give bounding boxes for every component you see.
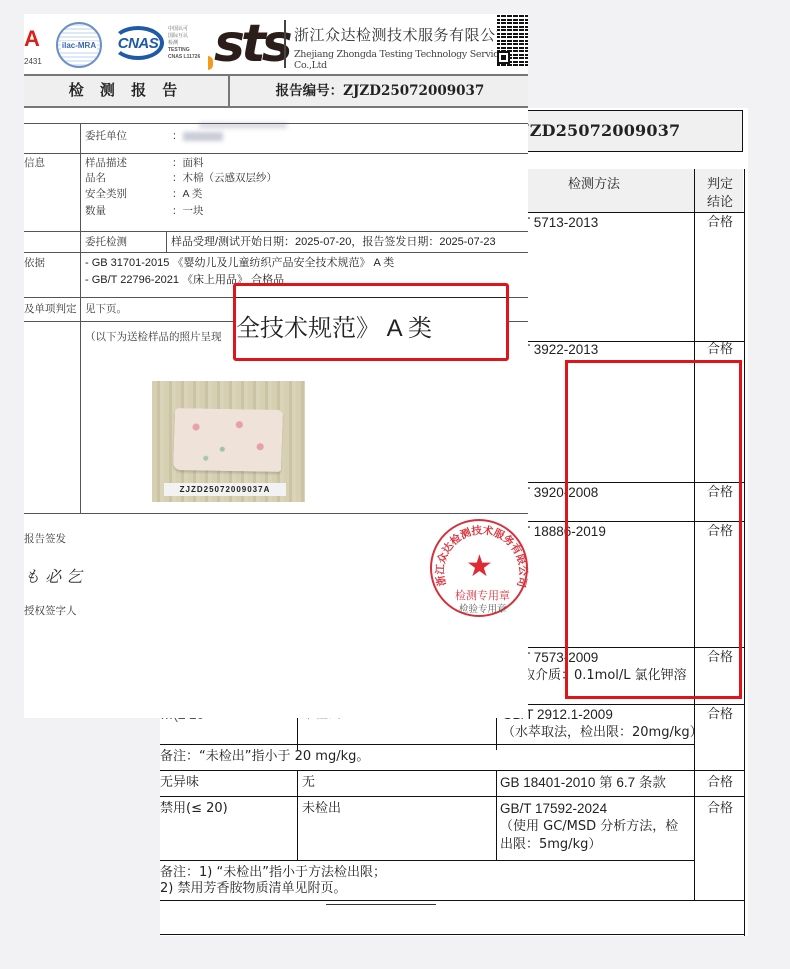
row-line bbox=[160, 900, 745, 901]
method-cell: GB 18401-2010 第 6.7 条款 bbox=[500, 774, 666, 792]
verdict-cell: 合格 bbox=[707, 774, 733, 792]
client-value: ： bbox=[172, 129, 223, 143]
highlight-box bbox=[565, 360, 742, 699]
sample-desc-value: ：面料 bbox=[172, 156, 204, 170]
dates-text: 样品受理/测试开始日期：2025-07-20，报告签发日期：2025-07-23 bbox=[171, 235, 496, 249]
result-cell: 未检出 bbox=[302, 800, 341, 818]
row-line bbox=[24, 153, 528, 154]
company-name-en: Zhejiang Zhongda Testing Technology Serv… bbox=[294, 49, 528, 71]
row-line bbox=[24, 123, 528, 124]
report-number-label: 报告编号：ZJZD25072009037 bbox=[232, 76, 528, 106]
ilac-mra-logo-icon: ilac-MRA bbox=[56, 22, 102, 68]
row-line bbox=[160, 744, 695, 745]
report-number: JZD25072009037 bbox=[522, 121, 680, 140]
cnas-logo-icon: CNAS bbox=[112, 26, 164, 60]
issue-label: 报告签发 bbox=[24, 532, 66, 546]
requirement-cell: 无异味 bbox=[160, 774, 199, 792]
method-cell: GB/T 17592-2024 bbox=[500, 800, 607, 818]
method-note: 出限：5mg/kg） bbox=[500, 836, 601, 854]
method-cell: T 5713-2013 bbox=[522, 214, 598, 232]
sample-desc-label: 样品描述 bbox=[85, 156, 127, 170]
cma-logo-icon: A bbox=[24, 26, 46, 52]
basis-standard-1: - GB 31701-2015 《婴幼儿及儿童纺织产品安全技术规范》 A 类 bbox=[85, 256, 394, 270]
row-line bbox=[24, 231, 528, 232]
client-label: 委托单位 bbox=[85, 129, 127, 143]
verdict-cell: 合格 bbox=[707, 341, 733, 359]
header-verdict-2: 结论 bbox=[707, 194, 733, 212]
photo-caption: （以下为送检样品的照片呈现 bbox=[85, 330, 222, 344]
row-line bbox=[160, 770, 745, 771]
seal-overlay-text: 检验专用章 bbox=[459, 601, 507, 615]
col-divider-method-b bbox=[496, 770, 497, 860]
signature: も 必 乞 bbox=[24, 564, 82, 587]
table-right-border bbox=[744, 169, 745, 936]
quantity-value: ：一块 bbox=[172, 204, 204, 218]
redacted-client bbox=[183, 132, 223, 141]
star-icon: ★ bbox=[466, 552, 493, 582]
row-line bbox=[160, 860, 695, 861]
remark: 2) 禁用芳香胺物质清单见附页。 bbox=[160, 880, 346, 898]
sample-section-label: 信息 bbox=[24, 156, 45, 170]
zoom-callout-text: 全技术规范》 A 类 bbox=[236, 308, 432, 343]
col-divider bbox=[80, 123, 81, 513]
basis-section-label: 依据 bbox=[24, 256, 45, 270]
report-header: A 2431 ilac-MRA CNAS 中国认可 国际互认 检测 TESTIN… bbox=[24, 14, 528, 74]
sample-photo: ZJZD25072009037A bbox=[152, 381, 305, 502]
cma-number: 2431 bbox=[24, 57, 42, 66]
report-page-cover: A 2431 ilac-MRA CNAS 中国认可 国际互认 检测 TESTIN… bbox=[24, 14, 528, 718]
row-line bbox=[24, 513, 528, 514]
safety-value: ：A 类 bbox=[172, 187, 202, 201]
header-method: 检测方法 bbox=[568, 176, 620, 194]
col-divider-result-b bbox=[297, 770, 298, 860]
sample-label: ZJZD25072009037A bbox=[164, 483, 286, 496]
safety-label: 安全类别 bbox=[85, 187, 127, 201]
col-divider bbox=[166, 231, 167, 252]
judgement-section-label: 及单项判定 bbox=[24, 302, 77, 316]
result-cell: 无 bbox=[302, 774, 315, 792]
requirement-cell: 禁用(≤ 20) bbox=[160, 800, 228, 818]
sts-logo-icon: sts bbox=[214, 14, 289, 74]
qr-code-icon[interactable] bbox=[497, 14, 528, 66]
sts-accent-icon bbox=[208, 56, 213, 70]
fabric-sample-image bbox=[173, 408, 283, 472]
zoom-callout: 全技术规范》 A 类 bbox=[233, 283, 509, 361]
quantity-label: 数量 bbox=[85, 204, 106, 218]
method-note: （使用 GC/MSD 分析方法，检 bbox=[500, 818, 678, 836]
commission-label: 委托检测 bbox=[85, 235, 127, 249]
verdict-cell: 合格 bbox=[707, 800, 733, 818]
method-cell: T 3922-2013 bbox=[522, 341, 598, 359]
verdict-cell: 合格 bbox=[707, 214, 733, 232]
remark: 备注：“未检出”指小于 20 mg/kg。 bbox=[160, 748, 369, 766]
report-title: 检 测 报 告 bbox=[24, 76, 230, 106]
row-line bbox=[160, 934, 745, 935]
header-verdict-1: 判定 bbox=[707, 176, 733, 194]
row-line bbox=[24, 252, 528, 253]
cnas-accreditation-text: 中国认可 国际互认 检测 TESTING CNAS L11726 bbox=[168, 26, 200, 61]
end-rule bbox=[326, 904, 436, 905]
product-name-label: 品名 bbox=[85, 171, 106, 185]
header-divider bbox=[284, 20, 286, 68]
verdict-cell: 合格 bbox=[707, 706, 733, 724]
company-name-cn: 浙江众达检测技术服务有限公司 bbox=[294, 24, 511, 45]
method-note: （水萃取法，检出限：20mg/kg） bbox=[502, 724, 703, 742]
product-name-value: ：木棉（云感双层纱） bbox=[172, 171, 277, 185]
signer-label: 授权签字人 bbox=[24, 604, 77, 618]
official-seal: 浙江众达检测技术服务有限公司 ★ 检测专用章 检验专用章 bbox=[430, 519, 528, 617]
judgement-value: 见下页。 bbox=[85, 302, 127, 316]
row-line bbox=[160, 796, 745, 797]
title-bar: 检 测 报 告 报告编号：ZJZD25072009037 bbox=[24, 74, 528, 108]
